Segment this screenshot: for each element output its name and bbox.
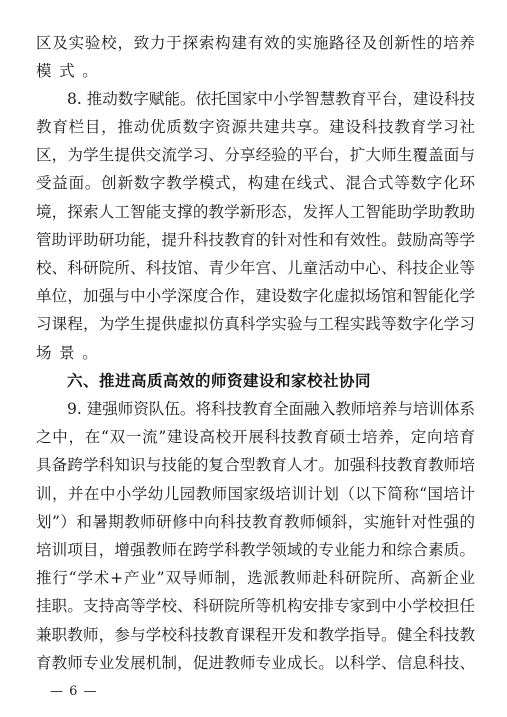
document-page: 区及实验校，致力于探索构建有效的实施路径及创新性的培养 模式。 8. 推动数字赋…	[0, 0, 507, 717]
text-line: 训，并在中小学幼儿园教师国家级培训计划（以下简称“国培计	[36, 480, 475, 508]
text-line: 具备跨学科知识与技能的复合型教育人才。加强科技教育教师培	[36, 451, 475, 479]
text-line: 境，探索人工智能支撑的教学新形态，发挥人工智能助学助教助	[36, 198, 475, 226]
section-heading: 六、推进高质高效的师资建设和家校社协同	[67, 367, 371, 395]
text-line: 受益面。创新数字教学模式，构建在线式、混合式等数字化环	[36, 169, 475, 197]
text-line: 区及实验校，致力于探索构建有效的实施路径及创新性的培养	[36, 29, 475, 57]
text-line: 挂职。支持高等学校、科研院所等机构安排专家到中小学校担任	[36, 592, 475, 620]
text-line: 模式。	[36, 57, 475, 85]
paragraph-9-start: 9. 建强师资队伍。将科技教育全面融入教师培养与培训体系	[67, 395, 475, 423]
text-line: 划”）和暑期教师研修中向科技教育教师倾斜，实施针对性强的	[36, 508, 475, 536]
text-line: 场景。	[36, 339, 475, 367]
text-line: 之中，在“双一流”建设高校开展科技教育硕士培养，定向培育	[36, 423, 475, 451]
text-line: 育教师专业发展机制，促进教师专业成长。以科学、信息科技、	[36, 649, 475, 677]
text-line: 区，为学生提供交流学习、分享经验的平台，扩大师生覆盖面与	[36, 141, 475, 169]
text-line: 兼职教师，参与学校科技教育课程开发和教学指导。健全科技教	[36, 621, 475, 649]
text-line: 教育栏目，推动优质数字资源共建共享。建设科技教育学习社	[36, 113, 475, 141]
paragraph-8-start: 8. 推动数字赋能。依托国家中小学智慧教育平台，建设科技	[67, 85, 475, 113]
text-line: 管助评助研功能，提升科技教育的针对性和有效性。鼓励高等学	[36, 226, 475, 254]
text-line: 校、科研院所、科技馆、青少年宫、儿童活动中心、科技企业等	[36, 254, 475, 282]
text-line: 培训项目，增强教师在跨学科教学领域的专业能力和综合素质。	[36, 536, 475, 564]
page-number: — 6 —	[50, 682, 98, 702]
text-line: 推行“学术+产业”双导师制，选派教师赴科研院所、高新企业	[36, 564, 475, 592]
text-line: 单位，加强与中小学深度合作，建设数字化虚拟场馆和智能化学	[36, 282, 475, 310]
text-line: 习课程，为学生提供虚拟仿真科学实验与工程实践等数字化学习	[36, 310, 475, 338]
